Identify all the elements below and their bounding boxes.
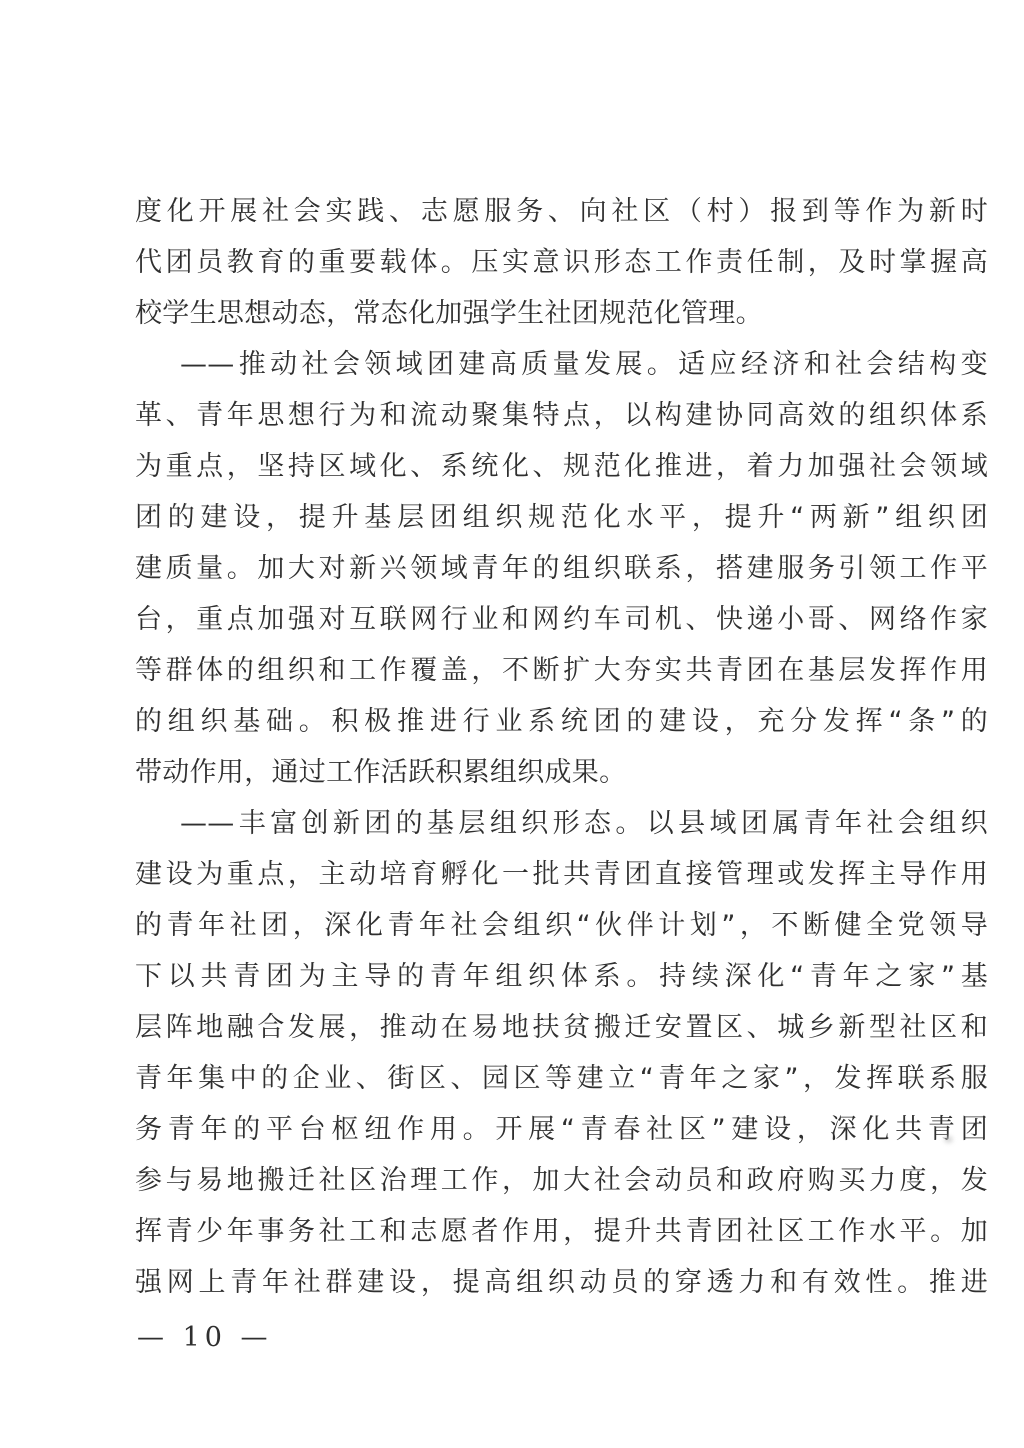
paragraph-end-line: 校学生思想动态，常态化加强学生社团规范化管理。 bbox=[135, 288, 988, 339]
paragraph-start-line: ——推动社会领域团建高质量发展。适应经济和社会结构变 bbox=[135, 339, 988, 390]
text-line: 等群体的组织和工作覆盖，不断扩大夯实共青团在基层发挥作用 bbox=[135, 645, 988, 696]
text-line: 下以共青团为主导的青年组织体系。持续深化“青年之家”基 bbox=[135, 951, 988, 1002]
page-number: — 10 — bbox=[137, 1320, 273, 1356]
text-line: 建设为重点，主动培育孵化一批共青团直接管理或发挥主导作用 bbox=[135, 849, 988, 900]
body-text: 度化开展社会实践、志愿服务、向社区（村）报到等作为新时 代团员教育的重要载体。压… bbox=[135, 186, 988, 1308]
text-line: 的青年社团，深化青年社会组织“伙伴计划”，不断健全党领导 bbox=[135, 900, 988, 951]
paragraph-end-line: 带动作用，通过工作活跃积累组织成果。 bbox=[135, 747, 988, 798]
paragraph-start-line: ——丰富创新团的基层组织形态。以县域团属青年社会组织 bbox=[135, 798, 988, 849]
text-line: 建质量。加大对新兴领域青年的组织联系，搭建服务引领工作平 bbox=[135, 543, 988, 594]
text-line: 度化开展社会实践、志愿服务、向社区（村）报到等作为新时 bbox=[135, 186, 988, 237]
text-line: 台，重点加强对互联网行业和网约车司机、快递小哥、网络作家 bbox=[135, 594, 988, 645]
text-line: 强网上青年社群建设，提高组织动员的穿透力和有效性。推进 bbox=[135, 1257, 988, 1308]
text-line: 的组织基础。积极推进行业系统团的建设，充分发挥“条”的 bbox=[135, 696, 988, 747]
document-page: 度化开展社会实践、志愿服务、向社区（村）报到等作为新时 代团员教育的重要载体。压… bbox=[0, 0, 1024, 1448]
scan-artifact-dot bbox=[944, 1136, 953, 1143]
text-line: 层阵地融合发展，推动在易地扶贫搬迁安置区、城乡新型社区和 bbox=[135, 1002, 988, 1053]
text-line: 务青年的平台枢纽作用。开展“青春社区”建设，深化共青团 bbox=[135, 1104, 988, 1155]
text-line: 为重点，坚持区域化、系统化、规范化推进，着力加强社会领域 bbox=[135, 441, 988, 492]
text-line: 挥青少年事务社工和志愿者作用，提升共青团社区工作水平。加 bbox=[135, 1206, 988, 1257]
text-line: 革、青年思想行为和流动聚集特点，以构建协同高效的组织体系 bbox=[135, 390, 988, 441]
text-line: 代团员教育的重要载体。压实意识形态工作责任制，及时掌握高 bbox=[135, 237, 988, 288]
text-line: 参与易地搬迁社区治理工作，加大社会动员和政府购买力度，发 bbox=[135, 1155, 988, 1206]
text-line: 青年集中的企业、街区、园区等建立“青年之家”，发挥联系服 bbox=[135, 1053, 988, 1104]
text-line: 团的建设，提升基层团组织规范化水平，提升“两新”组织团 bbox=[135, 492, 988, 543]
